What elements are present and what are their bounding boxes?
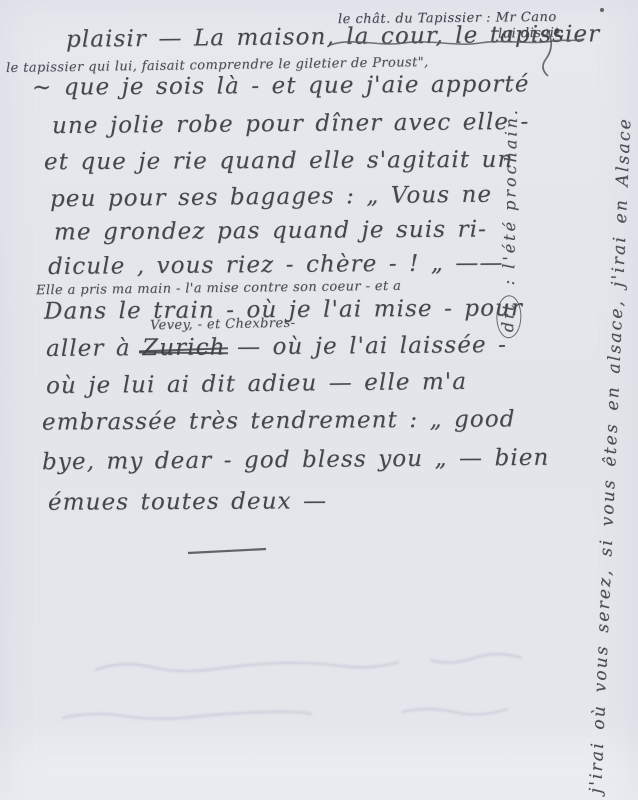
margin-note-outer-vertical: j'irai où vous serez, si vous êtes en al… — [586, 117, 636, 794]
manuscript-line: bye, my dear - god bless you „ — bien — [42, 445, 550, 475]
zurich-line-post: — où je l'ai laissée - — [226, 332, 508, 360]
manuscript-line: plaisir — La maison, la cour, le tapissi… — [66, 21, 601, 53]
section-divider — [188, 549, 266, 553]
manuscript-line: peu pour ses bagages : „ Vous ne — [50, 182, 492, 213]
manuscript-line-zurich: aller à Zurich — où je l'ai laissée - — [46, 332, 507, 362]
manuscript-line: dicule , vous riez - chère - ! „ —— — [48, 250, 504, 280]
manuscript-page: le chât. du Tapissier : Mr Cano lui disa… — [0, 0, 638, 800]
margin-note-inner-text: : l'été prochain. — [499, 107, 521, 294]
manuscript-line: ~ que je sois là - et que j'aie apporté — [32, 71, 530, 100]
show-through-marks — [62, 654, 522, 719]
ink-blot — [600, 8, 604, 12]
manuscript-line: embrassée très tendrement : „ good — [42, 406, 516, 435]
manuscript-line: et que je rie quand elle s'agitait un — [44, 147, 514, 175]
margin-note-inner-vertical: dit : l'été prochain. — [496, 107, 525, 339]
interline-note-main: Elle a pris ma main - l'a mise contre so… — [36, 279, 401, 298]
zurich-line-pre: aller à — [46, 335, 142, 362]
correction-insertion: Vevey, - et Chexbres- — [150, 316, 296, 334]
manuscript-line: me grondez pas quand je suis ri- — [54, 216, 487, 245]
circled-word-dit: dit — [496, 295, 522, 338]
manuscript-line: émues toutes deux — — [48, 488, 327, 515]
manuscript-line: une jolie robe pour dîner avec elle - — [52, 109, 530, 139]
struck-word-zurich: Zurich — [142, 334, 226, 361]
manuscript-line: où je lui ai dit adieu — elle m'a — [46, 369, 467, 399]
